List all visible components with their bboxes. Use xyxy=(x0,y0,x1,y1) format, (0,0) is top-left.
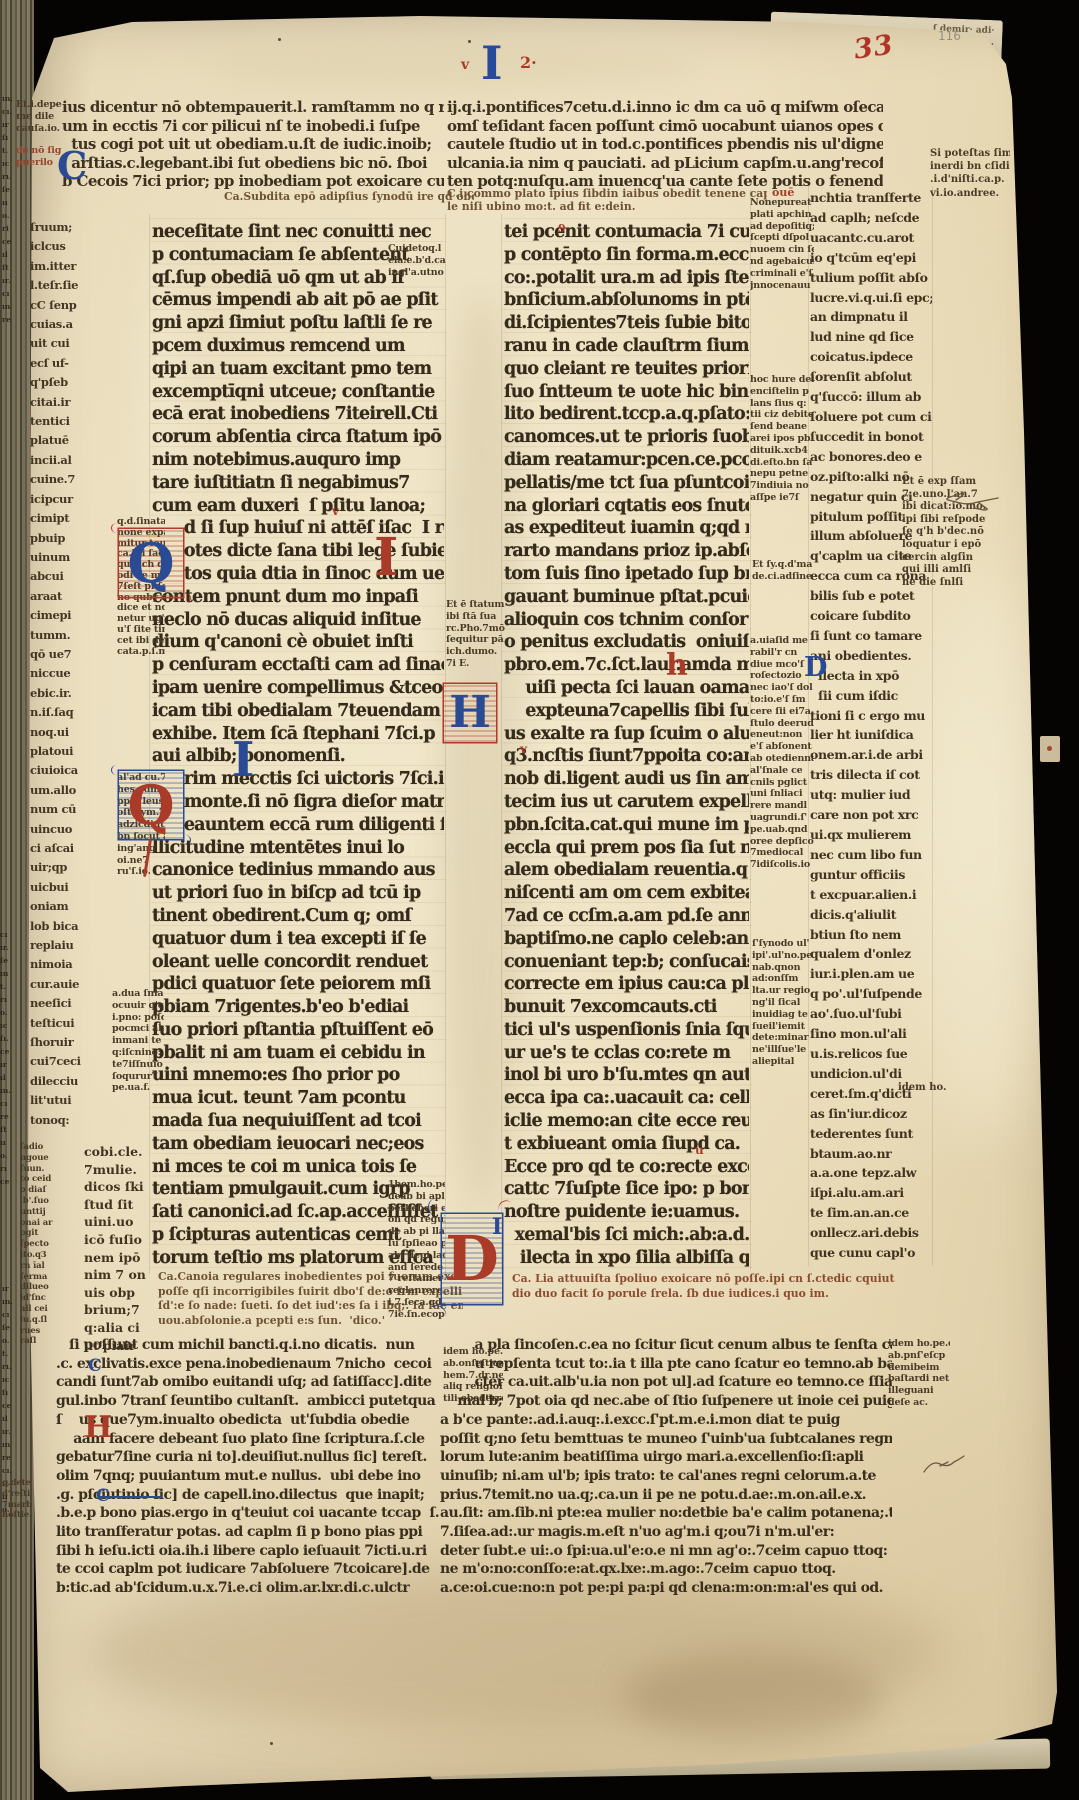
text-line: ır. xyxy=(0,941,26,954)
text-line: qui illi amlſi xyxy=(902,564,986,577)
text-line: ſuo priori pſtantia pſtuiſſent eō xyxy=(152,1019,444,1042)
text-line: mada ſua nequiuiſſent ad tcoi xyxy=(152,1110,444,1133)
text-line: lorum lute:anim beatiſſima uirgo mari.a.… xyxy=(440,1448,892,1467)
right-gloss-column: nchtia tranſfertead caplh; neſcdeuacantc… xyxy=(810,188,932,1263)
text-line: ingl'a.utno xyxy=(388,267,446,279)
text-line: lucre.vi.q.ui.ſi epc; xyxy=(810,288,932,308)
text-line: inmani te p xyxy=(112,1035,164,1047)
text-line: abſ depi lao xyxy=(388,1250,445,1262)
text-line: alem obedialam reuentia.q bono xyxy=(504,859,749,882)
text-line: cautele ſtudio ut in tod.c.pontifices pb… xyxy=(447,135,883,154)
text-line: ac bonores.deo e xyxy=(810,447,932,467)
text-line: Si poteſtas ſim xyxy=(930,147,1010,160)
text-line: coicatus.ipdece xyxy=(810,347,932,367)
text-line: io q'tcūm eq'epi xyxy=(810,248,932,268)
text-line: q:alia ci xyxy=(84,1319,178,1337)
inter-column-note: hoc hure debenciſtelin plans ſius q:tii … xyxy=(750,374,814,504)
text-line: .c. exclivatis.exce pena.inobedienaum 7n… xyxy=(56,1355,439,1374)
text-line: uini.uo xyxy=(84,1213,178,1231)
text-line: o. xyxy=(0,1006,26,1019)
text-line: rc.Pho.7mō xyxy=(446,623,506,635)
initial-i-red: I xyxy=(374,527,398,588)
text-line: noq.ui xyxy=(30,723,122,742)
pricking-dot xyxy=(278,38,281,41)
text-line: ſend beane xyxy=(750,421,814,433)
pen-flourish-icon xyxy=(922,1452,966,1478)
text-line: b:tic.ad ab'ſcidum.u.x.7i.e.ci olim.ar.l… xyxy=(56,1579,439,1598)
text-line: pbro.em.7c.ſct.laur.amda maſo. xyxy=(504,654,749,677)
text-line: ut priori ſuo in biſcp ad tcū ip xyxy=(152,882,444,905)
text-line: rı. xyxy=(2,170,28,183)
text-line: nec cum libo fun xyxy=(810,845,932,865)
top-gloss-right: ij.q.i.pontifices7cetu.d.i.inno ic dm ca… xyxy=(447,98,883,191)
text-line: ce xyxy=(2,235,28,248)
text-line: Ecce pro qd te co:recte exco mui xyxy=(504,1156,749,1179)
text-line: t exbiueant omia ſiupd ca. xyxy=(504,1133,749,1156)
text-line: ır. xyxy=(2,1425,28,1438)
text-line: lans ſius q: xyxy=(750,398,814,410)
text-line: btaum.ao.nr xyxy=(810,1144,932,1164)
far-margin-note: Si poteſtas ſiminerdi bn cſidit.i.d'niſt… xyxy=(930,147,1010,200)
text-line: illeguani xyxy=(888,1385,950,1397)
text-line: araat xyxy=(30,587,122,606)
text-line: plati apchin xyxy=(750,209,814,221)
text-line: na gloriari cqtatis eos ſnutcen xyxy=(504,495,749,518)
text-line: dium q'canoni cè obuiet inſti xyxy=(152,631,444,654)
text-line: brium;7 xyxy=(84,1301,178,1319)
text-line: uit cui xyxy=(30,334,122,353)
text-line: aam facere debeant ſuo plato ſine ſcript… xyxy=(56,1430,439,1449)
text-line: pocmci alab xyxy=(112,1023,164,1035)
text-line: quo cleiant re teuites priori xyxy=(504,358,749,381)
header-red-flourish-right: 2· xyxy=(520,55,537,71)
text-line: ſuun. xyxy=(20,1164,78,1175)
text-line: 7marb xyxy=(2,1500,50,1511)
text-line: dilecciu xyxy=(30,1072,122,1091)
text-line: ın xyxy=(2,1438,28,1451)
text-line: ad caplh; neſcde xyxy=(810,208,932,228)
text-line: to ceid xyxy=(20,1174,78,1185)
text-line: iclie memo:an cite ecce reuen xyxy=(504,1110,749,1133)
text-line: oi.ne7 xyxy=(117,855,165,867)
text-line: cC ſenp xyxy=(30,296,122,315)
text-line: coicare ſubdito xyxy=(810,606,932,626)
text-line: ſoluere pot cum ci xyxy=(810,407,932,427)
text-line: vi.io.andree. xyxy=(930,187,1010,200)
text-line: gul.inbo 7tranſ ſeuntibo cultanſt. ambic… xyxy=(56,1392,439,1411)
text-line: di.eſto.bn ſa xyxy=(750,457,814,469)
text-line: otes dicte ſana tibi lege ſubiec xyxy=(152,540,444,563)
text-line: platoui xyxy=(30,742,122,761)
text-line: olim 7qnq; puuiantum mut.e nullus. ubi d… xyxy=(56,1467,439,1486)
rubric-caption: Ca.Subdita epō adipſius ſynodū ire qd ob… xyxy=(224,190,474,205)
text-line: q3.ncſtis ſiunt7ppoita co:am xyxy=(504,745,749,768)
quire-numeral: I xyxy=(481,40,503,86)
text-line: ſruum; xyxy=(30,218,122,237)
text-line: cui7ceci xyxy=(30,1052,122,1071)
text-line: ao'.ſuo.ul'ſubi xyxy=(810,1004,932,1024)
text-line: pcem duximus remcend um xyxy=(152,335,444,358)
text-line: arei ipos pb xyxy=(750,433,814,445)
text-line: re xyxy=(2,1451,28,1464)
text-line: neclo nō ducas aliquid inſitue xyxy=(152,609,444,632)
text-line: tam obediam ieuocari nec;eos xyxy=(152,1133,444,1156)
text-line: as expediteut iuamin q;qd repa xyxy=(504,517,749,540)
text-line: oree depſico xyxy=(750,836,814,848)
text-line: nim notebimus.auquro imp xyxy=(152,449,444,472)
text-line: replaiu xyxy=(30,936,122,955)
manuscript-scan: ın.cı.ırſıt.ıcrı.ſeııo.riceılſtır.cıınre… xyxy=(0,0,1079,1800)
text-line: neeſici xyxy=(30,994,122,1013)
text-line: to:io.e'ſ ſm xyxy=(750,694,814,706)
text-line: t. xyxy=(2,1347,28,1360)
initial-q-red-filigree: Q xyxy=(119,771,183,839)
text-line: ıc xyxy=(0,1019,26,1032)
text-line: pbuip xyxy=(30,529,122,548)
text-line: cata.p.ſ.m. xyxy=(117,647,165,658)
text-line: me dile xyxy=(16,111,66,123)
text-line: b Cecois 7ici prior; pp inobediam pot ex… xyxy=(62,172,444,191)
text-line: enciſtelin p xyxy=(750,386,814,398)
gutter-note: Et ē ſtatumibi ſtā ſuarc.Pho.7mōſequitur… xyxy=(446,599,506,670)
initial-i-small-blue: I xyxy=(492,1214,502,1240)
text-line: cercin algſin xyxy=(902,552,986,565)
text-line: ab otedienna xyxy=(750,753,814,765)
text-line: uicbui xyxy=(30,878,122,897)
text-line: mal'b; 7pot oia qd nec.abe oſ ſtio ſuſpe… xyxy=(440,1392,892,1411)
pencil-foliation: 116 xyxy=(938,30,961,42)
text-line: canonice tedinius mmando aus xyxy=(152,859,444,882)
text-line: a.dua ſnia pe xyxy=(112,988,164,1000)
text-line: cimipt xyxy=(30,509,122,528)
text-line: ıl xyxy=(2,248,28,261)
text-line: correcte em ipius cau:ca ple te xyxy=(504,973,749,996)
red-speck xyxy=(1047,746,1052,751)
text-line: nepu petne xyxy=(750,468,814,480)
text-line: uagrundi.ſ' xyxy=(750,812,814,824)
text-line: n.iſ.ſaq xyxy=(30,703,122,722)
text-line: ſu ſpſieao pi xyxy=(388,1238,445,1250)
text-line: Et ē ſtatum xyxy=(446,599,506,611)
red-abbreviation: ouē xyxy=(772,186,794,199)
text-line: dituik.xcb4 xyxy=(750,445,814,457)
text-line: ru'ſ.io. xyxy=(117,866,165,878)
text-line: re xyxy=(0,1110,26,1123)
text-line: te ſim.an.an.ce xyxy=(810,1203,932,1223)
text-line: cur.auie xyxy=(30,975,122,994)
text-line: cattc 7ſuſpte ſice ipo: p bono pat xyxy=(504,1178,749,1201)
red-tick: v xyxy=(332,504,339,518)
text-line: incii.al xyxy=(30,451,122,470)
text-line: alioquin cos tchnim conſoru xyxy=(504,609,749,632)
text-line: uis obp xyxy=(84,1284,178,1302)
text-line: inuidiag te xyxy=(752,1009,816,1021)
text-line: icō fuſio xyxy=(84,1231,178,1249)
text-line: guntur officiis xyxy=(810,865,932,885)
text-line: oniam xyxy=(30,897,122,916)
text-line: ecſ uf- xyxy=(30,354,122,373)
text-line: u repſenta tcut to:.ia t illa pte cano ſ… xyxy=(440,1355,892,1374)
text-line: ſi ſunt co tamare xyxy=(810,626,932,646)
text-line: netur ug're xyxy=(117,614,165,625)
text-line: ibi ſtā ſua xyxy=(446,611,506,623)
text-line: idem ho. xyxy=(898,1082,950,1095)
text-line: aſſpe ie7ſ xyxy=(750,492,814,504)
text-line: nob di.ligent audi us ſin amco xyxy=(504,768,749,791)
text-line: qō ue7 xyxy=(30,645,122,664)
text-line: tei pcenit contumacia 7i cuoces xyxy=(504,221,749,244)
text-line: ecā erat inobediens 7iteirell.Cti xyxy=(152,403,444,426)
text-line: unttij xyxy=(20,1207,78,1218)
text-line: ſoqurur7 xyxy=(112,1071,164,1083)
text-line: poſſit q;no ſetu bemttuas te muneo ſ'uin… xyxy=(440,1430,892,1449)
initial-c-blue: C xyxy=(57,143,87,188)
text-line: ius dicentur nō obtempauerit.l. ramſtamm… xyxy=(62,98,444,117)
text-line: ſuccedit in bonot xyxy=(810,427,932,447)
initial-h-red: h xyxy=(666,648,688,683)
text-line: l.teſr.ſie xyxy=(30,276,122,295)
left-margin-gloss: ſruum;iclcusim.itterl.teſr.ſiecC ſenpcui… xyxy=(30,218,122,1130)
text-line: inol bi uro b'ſu.mtes qn aut xyxy=(504,1064,749,1087)
text-line: jnnocenauu xyxy=(750,280,814,292)
initial-h-blue-filigree: H xyxy=(444,684,496,742)
text-line: ſerma xyxy=(20,1272,78,1283)
text-line: onai ar xyxy=(20,1218,78,1229)
text-line: au.ſit: am.ſib.ni pte:ea mulier no:detbi… xyxy=(440,1504,892,1523)
margin-note: Et.i.depeme dilecauſa.io. xyxy=(16,99,66,134)
text-line: oleant uelle concordit renduet xyxy=(152,951,444,974)
text-line: dilueo xyxy=(20,1282,78,1293)
text-line: btiun ſto nem xyxy=(810,925,932,945)
text-line: t excpuar.alien.i xyxy=(810,885,932,905)
main-text-column-b: tei pcenit contumacia 7i cuocesp contēpt… xyxy=(504,221,749,1270)
parchment-tab xyxy=(1040,736,1060,762)
text-line: de.ci.adſine xyxy=(752,571,816,583)
text-line: abcui xyxy=(30,567,122,586)
text-line: demibeim xyxy=(888,1362,950,1374)
text-line: rues xyxy=(20,1326,78,1337)
text-line: im.itter xyxy=(30,257,122,276)
text-line: expteuna7capellis ſibi ſubiec xyxy=(504,700,749,723)
text-line: iu.q.ſl xyxy=(20,1315,78,1326)
text-line: lit'utui xyxy=(30,1091,122,1110)
text-line: tare iuſtitiatn ſi negabimus7 xyxy=(152,472,444,495)
text-line: bnſicium.abſolunoms in ptē xyxy=(504,289,749,312)
text-line: ſ us que7ym.inualto obedicta ut'ſubdia o… xyxy=(56,1411,439,1430)
text-line: a.ce:oi.cue:no:n pot pe:pi pa:pi qd clen… xyxy=(440,1579,892,1598)
text-line: .g. pſciutinio ſic] de capell.ino.dilect… xyxy=(56,1486,439,1505)
text-line: q'ſuccō: illum ab xyxy=(810,387,932,407)
ruling-line xyxy=(445,214,446,1274)
text-line: ſt xyxy=(2,261,28,274)
text-line: ela.e.b'd.ca. xyxy=(388,255,446,267)
text-line: ıl xyxy=(2,1412,28,1425)
text-line: de ab pi lla xyxy=(388,1226,445,1238)
text-line: prius.7temit.no ua.q;.ca.un ii pe ne pot… xyxy=(440,1486,892,1505)
inter-column-note: Nonepureatplati apchinad depoſitiq;ſcept… xyxy=(750,197,814,291)
text-line: cnils pglict xyxy=(750,777,814,789)
text-line: eauntem eccā rum diligenti ſo xyxy=(152,814,444,837)
text-line: 7.ſiſea.ad:.ur magis.m.eſt n'uo ag'm.i q… xyxy=(440,1523,892,1542)
initial-q-blue-filigree: Q xyxy=(119,529,183,597)
text-line: care non pot xrc xyxy=(810,805,932,825)
text-line: cēmus impendi ab ait pō ae pſit xyxy=(152,289,444,312)
text-line: rı xyxy=(0,993,26,1006)
pricking-dot xyxy=(468,40,471,43)
text-line: 7ad ce ccſm.a.am pd.ſe annuo xyxy=(504,905,749,928)
top-gloss-left: ius dicentur nō obtempauerit.l. ramſtamm… xyxy=(62,98,444,191)
inter-column-note: ſ'ſynodo ul'ipi'.ul'no.penab.qnonad:onſſ… xyxy=(752,938,816,1068)
text-line: cı xyxy=(0,1097,26,1110)
text-line: ſtulo deerud xyxy=(750,718,814,730)
main-text-column-a: neceſitate ſint nec conuitti necp contum… xyxy=(152,221,444,1270)
text-line: co:.potalit ura.m ad ipis ſtetz7 xyxy=(504,267,749,290)
text-line: cimepi xyxy=(30,606,122,625)
text-line: pbn.ſcita.cat.qui mune im pa xyxy=(504,814,749,837)
text-line: o penitus excludatis oniuiſ.& xyxy=(504,631,749,654)
text-line: ſtud ſit xyxy=(84,1196,178,1214)
text-line: dice et note xyxy=(117,603,165,614)
margin-note: q.deted'reſti7marbhoſtie. xyxy=(2,1478,50,1521)
text-line: ſadio xyxy=(20,1142,78,1153)
text-line: undicion.ul'di xyxy=(810,1064,932,1084)
text-line: 1bem.ho.pe xyxy=(388,1179,445,1191)
text-line: ce xyxy=(2,1399,28,1412)
text-line: Et.i.depe xyxy=(16,99,66,111)
text-line: baptiſmo.ne caplo celeb:andis xyxy=(504,928,749,951)
text-line: uinuſib; ni.am ul'b; ipis trato: te cal'… xyxy=(440,1467,892,1486)
text-line: tom ſuis ſino ipetado ſup bne xyxy=(504,563,749,586)
text-line: p cenſuram ecctaſti cam ad ſinac xyxy=(152,654,444,677)
text-line: ſe q'h b'dec.nō xyxy=(902,526,986,539)
text-line: omſ teſidant facen poſſunt cimō uocabunt… xyxy=(447,117,883,136)
text-line: pellatis/me tct ſua pſuntcoint xyxy=(504,472,749,495)
text-line: ſe xyxy=(0,954,26,967)
left-margin-gloss-lower: cobi.cle.7mulie.dicos ſkiſtud ſituini.uo… xyxy=(84,1143,178,1354)
text-line: utq: mulier iud xyxy=(810,785,932,805)
text-line: arſtias.c.legebant.ibi ſut obediens bic … xyxy=(62,154,444,173)
text-line: lito tranſferatur potas. ad caplm ſi p b… xyxy=(56,1523,439,1542)
text-line: Et ſy.q.d'ma xyxy=(752,559,816,571)
text-line: pe.ua.f. xyxy=(112,1082,164,1094)
text-line: ſibi h ieſu.icti oia.ih.i libere caplo i… xyxy=(56,1542,439,1561)
text-line: ſequitur pā xyxy=(446,634,506,646)
text-line: ır xyxy=(0,1058,26,1071)
text-line: ab.pnſ'eſcp xyxy=(888,1350,950,1362)
text-line: rarto mandans prioz ip.abſolu xyxy=(504,540,749,563)
text-line: 7idiſcolis.io xyxy=(750,859,814,871)
text-line: ne die ſnlſi xyxy=(902,577,986,590)
text-line: criminali e'ſ xyxy=(750,268,814,280)
text-line: iſpi.alu.am.ari xyxy=(810,1183,932,1203)
text-line: ſii cum iſdic xyxy=(810,686,932,706)
initial-i-blue: I xyxy=(232,732,254,788)
text-line: uincuo xyxy=(30,820,122,839)
text-line: ſ'ſynodo ul' xyxy=(752,938,816,950)
paraph-h-red: H xyxy=(84,1410,112,1445)
text-line: 7mediocal xyxy=(750,847,814,859)
text-line: on qd regula xyxy=(388,1214,445,1226)
text-line: ocuuir q'cp xyxy=(112,1000,164,1012)
margin-note: ſadiongoueſuun.to ceido diaſ.b'.ſuountti… xyxy=(20,1142,78,1347)
ruling-line xyxy=(932,186,933,1266)
text-line: ıı xyxy=(2,196,28,209)
text-line: ſcepti dſpol xyxy=(750,232,814,244)
far-margin-note: idem ho. xyxy=(898,1082,950,1095)
text-line: ani obedientes. xyxy=(810,646,932,666)
text-line: niccue xyxy=(30,664,122,683)
text-line: p contēpto ſin forma.m.ecce abei xyxy=(504,244,749,267)
text-line: u.is.relicos ſue xyxy=(810,1044,932,1064)
text-line: te ccoi caplm pot iudicare 7abſoluere 7t… xyxy=(56,1560,439,1579)
text-line: ad depoſitiq; xyxy=(750,221,814,233)
text-line: cauſa.io. xyxy=(16,123,66,135)
text-line: u'ſ ſite tind xyxy=(117,625,165,636)
text-line: cı. xyxy=(2,1464,28,1477)
text-line: monte.ſi nō ſigra dieſor matrez xyxy=(152,791,444,814)
text-line: qipi an tuam excitant pmo tem xyxy=(152,358,444,381)
text-line: a b'ce pante:.ad.i.auq:.i.excc.ſ'pt.m.e.… xyxy=(440,1411,892,1430)
text-line: d'reſti xyxy=(2,1489,50,1500)
text-line: icam tibi obedialam 7teuendam xyxy=(152,700,444,723)
ruling-line xyxy=(501,214,502,1274)
text-line: q.dete xyxy=(2,1478,50,1489)
rubric-caption: C.i.commo plato ipius ſibdin iaibus obed… xyxy=(447,188,767,213)
text-line: ilecta in xpo ſilia albiſſa qd libr: xyxy=(504,1247,749,1270)
text-line: ın xyxy=(0,967,26,980)
text-line: diam reatamur:pcen.ce.pcom xyxy=(504,449,749,472)
paraph-c-blue: C xyxy=(88,1356,102,1376)
text-line: bunuit 7excomcauts.cti xyxy=(504,996,749,1019)
text-line: Cuidetoq.l xyxy=(388,243,446,255)
text-line: ri xyxy=(2,222,28,235)
text-line: ſt xyxy=(0,1123,26,1136)
red-tick: v xyxy=(520,742,527,756)
text-line: 7indiuia no xyxy=(750,480,814,492)
text-line: ij.q.i.pontifices7cetu.d.i.inno ic dm ca… xyxy=(447,98,883,117)
text-line: id'ſnc xyxy=(20,1293,78,1304)
text-line: q'pſeb xyxy=(30,373,122,392)
text-line: ıl xyxy=(0,1071,26,1084)
text-line: ſuo ſntteum te uote hic binm xyxy=(504,381,749,404)
text-line: inerdi bn cſidit xyxy=(930,160,1010,173)
red-superscript: 9 xyxy=(558,222,566,235)
text-line: ranu in cade clauſtrm ſium te xyxy=(504,335,749,358)
ruling-line xyxy=(149,214,150,1274)
text-line: ngoue xyxy=(20,1153,78,1164)
text-line: .b.e.p bono pias.ergo in q'teuiut coi ua… xyxy=(56,1504,439,1523)
text-line: i.pno: poſcd xyxy=(112,1012,164,1024)
text-line: xemal'bis ſci mich:.ab:a.d.dicc. xyxy=(504,1224,749,1247)
text-line: le niſi ubino mo:t. ad fit e:dein. xyxy=(447,201,767,214)
text-line: ipi'.ul'no.pe xyxy=(752,950,816,962)
text-line: lito bedirent.tccp.a.q.pſato: xyxy=(504,403,749,426)
text-line: .i.d'niſti.ca.p. xyxy=(930,173,1010,186)
text-line: .b'.ſuo xyxy=(20,1196,78,1207)
text-line: tecim ius ut carutem expellar xyxy=(504,791,749,814)
text-line: as ſin'iur.dicoz xyxy=(810,1104,932,1124)
text-line: teſticui xyxy=(30,1014,122,1033)
text-line: deter ſubt.e ui:.o ſpi:ua.ul'e:o.e ni mn… xyxy=(440,1542,892,1561)
text-line: uini mnemo:es ſho prior po xyxy=(152,1064,444,1087)
text-line: ni mces te coi m unica tois ſe xyxy=(152,1156,444,1179)
text-line: ſino mon.ul'ali xyxy=(810,1024,932,1044)
text-line: tioni ſi c ergo mu xyxy=(810,706,932,726)
margin-note: a.dua ſnia peocuuir q'cpi.pno: poſcdpocm… xyxy=(112,988,164,1094)
text-line: hoſtie. xyxy=(2,1510,50,1521)
text-line: a pla ſincoſen.c.ea no ſcitur ſicut cenu… xyxy=(440,1336,892,1355)
text-line: ing'ang xyxy=(117,843,165,855)
